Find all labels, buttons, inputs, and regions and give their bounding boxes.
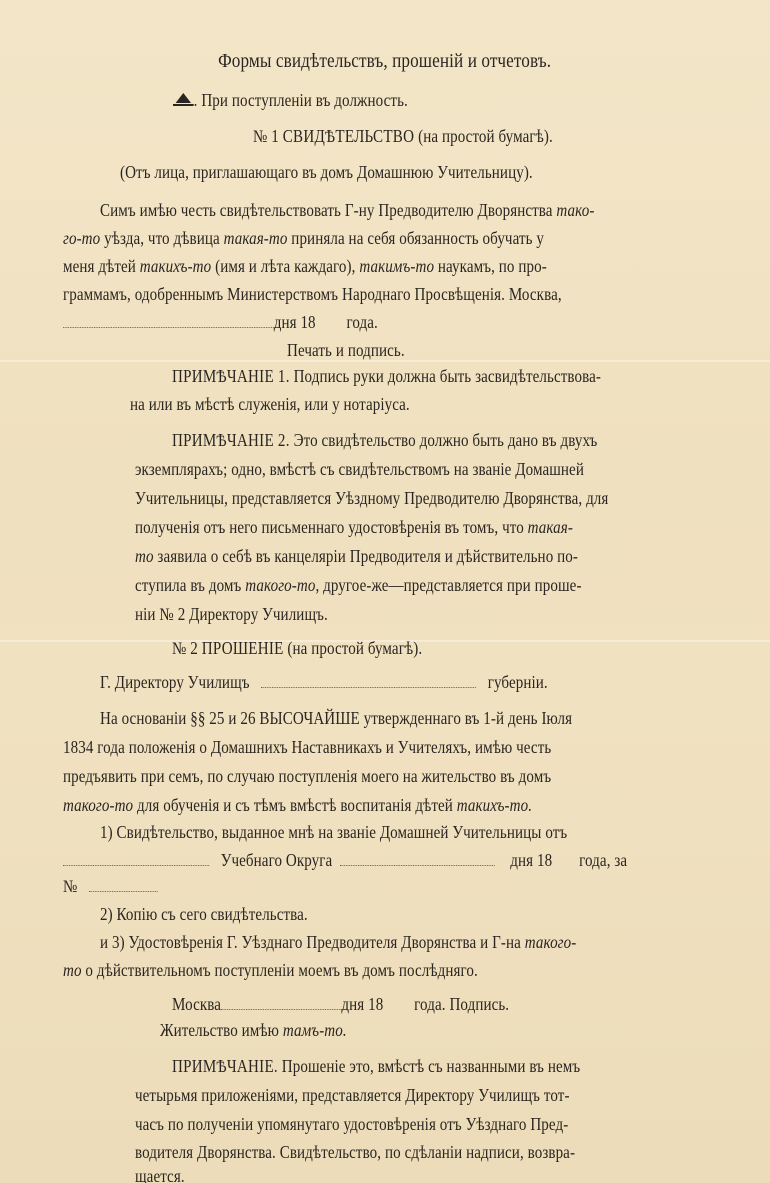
form2-item1-cont: Учебнаго Округа дня 18 года, за — [63, 850, 627, 871]
form1-note1-cont: на или въ мѣстѣ служенія, или у нотаріус… — [130, 394, 410, 415]
section-a-heading: . При поступленіи въ должность. — [173, 90, 408, 111]
form1-seal: Печать и подпись. — [287, 340, 405, 361]
form1-note2-line: экземплярахъ; одно, вмѣстѣ съ свидѣтельс… — [135, 459, 584, 480]
form1-date-line: дня 18 года. — [63, 312, 378, 333]
form1-note2-line: то заявила о себѣ въ канцеляріи Предводи… — [135, 546, 578, 567]
form1-body-line: Симъ имѣю честь свидѣтельствовать Г-ну П… — [100, 200, 594, 221]
form2-item3: и 3) Удостовѣренія Г. Уѣзднаго Предводит… — [100, 932, 576, 953]
blank-field — [340, 853, 495, 866]
form2-note-line: щается. — [135, 1166, 185, 1183]
form1-note2: ПРИМѢЧАНІЕ 2. Это свидѣтельство должно б… — [172, 430, 597, 451]
form1-note2-line: ніи № 2 Директору Училищъ. — [135, 604, 328, 625]
blank-field — [89, 879, 158, 892]
form2-body-line: На основаніи §§ 25 и 26 ВЫСОЧАЙШЕ утверж… — [100, 708, 572, 729]
form1-note2-line: ступила въ домъ такого-то, другое-же—пре… — [135, 575, 582, 596]
blank-field — [63, 853, 209, 866]
form2-note-line: часъ по полученіи упомянутаго удостовѣре… — [135, 1114, 568, 1135]
form2-item1: 1) Свидѣтельство, выданное мнѣ на званіе… — [100, 822, 567, 843]
form2-note-line: четырьмя приложеніями, представляется Ди… — [135, 1085, 570, 1106]
blank-field — [63, 315, 274, 328]
form1-body-line: го-то уѣзда, что дѣвица такая-то приняла… — [63, 228, 544, 249]
form1-subtitle: (Отъ лица, приглашающаго въ домъ Домашню… — [120, 162, 533, 183]
form2-item3-cont: то о дѣйствительномъ поступленіи моемъ в… — [63, 960, 478, 981]
section-a-marker-icon — [173, 93, 194, 106]
form2-body-line: 1834 года положенія о Домашнихъ Наставни… — [63, 737, 551, 758]
form2-item1-number: № — [63, 876, 158, 897]
form2-body-line: предъявить при семъ, по случаю поступлен… — [63, 766, 551, 787]
blank-field — [261, 675, 476, 688]
form2-note-line: водителя Дворянства. Свидѣтельство, по с… — [135, 1142, 575, 1163]
form2-residence: Жительство имѣю тамъ-то. — [160, 1020, 347, 1041]
form2-note: ПРИМѢЧАНІЕ. Прошеніе это, вмѣстѣ съ назв… — [172, 1056, 580, 1077]
form2-item2: 2) Копію съ сего свидѣтельства. — [100, 904, 308, 925]
form1-note2-line: Учительницы, представляется Уѣздному Пре… — [135, 488, 608, 509]
form2-signature-line: Москвадня 18 года. Подпись. — [172, 994, 509, 1015]
form2-address: Г. Директору Училищъ губерніи. — [100, 672, 548, 693]
form1-heading: № 1 СВИДѢТЕЛЬСТВО (на простой бумагѣ). — [253, 126, 553, 147]
form2-body-line: такого-то для обученія и съ тѣмъ вмѣстѣ … — [63, 795, 532, 816]
form2-heading: № 2 ПРОШЕНІЕ (на простой бумагѣ). — [172, 638, 422, 659]
blank-field — [221, 997, 341, 1010]
form1-body-line: меня дѣтей такихъ-то (имя и лѣта каждаго… — [63, 256, 547, 277]
form1-note1: ПРИМѢЧАНІЕ 1. Подпись руки должна быть з… — [172, 366, 601, 387]
page-title: Формы свидѣтельствъ, прошеній и отчетовъ… — [0, 50, 770, 73]
form1-body-line: граммамъ, одобреннымъ Министерствомъ Нар… — [63, 284, 562, 305]
form1-note2-line: полученія отъ него письменнаго удостовѣр… — [135, 517, 573, 538]
